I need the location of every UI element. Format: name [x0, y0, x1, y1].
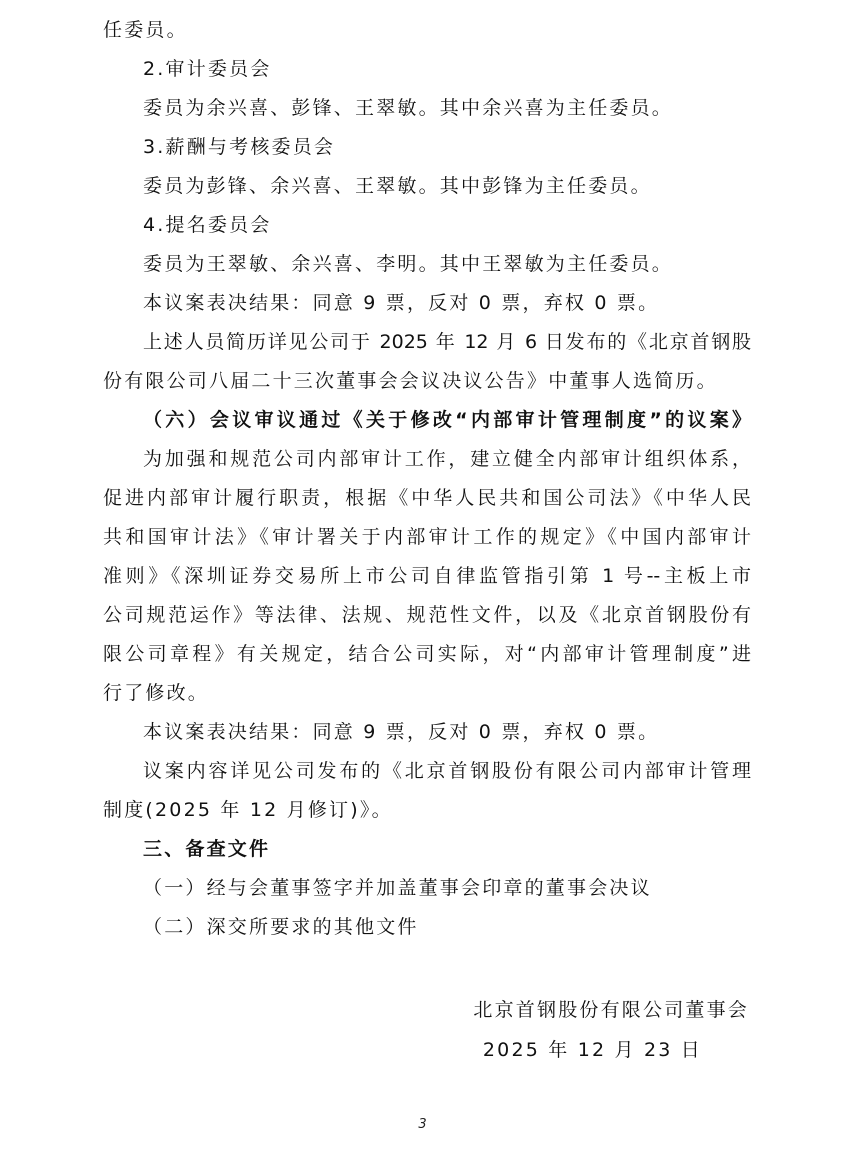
- page-number: 3: [0, 1117, 845, 1132]
- text-line: 共和国审计法》《审计署关于内部审计工作的规定》《中国内部审计: [103, 518, 751, 557]
- text-line: 委员为王翠敏、余兴喜、李明。其中王翠敏为主任委员。: [103, 245, 751, 284]
- text-line: 促进内部审计履行职责，根据《中华人民共和国公司法》《中华人民: [103, 479, 751, 518]
- text-line: 委员为余兴喜、彭锋、王翠敏。其中余兴喜为主任委员。: [103, 89, 751, 128]
- section-heading: 三、备查文件: [103, 830, 751, 869]
- text-line: 为加强和规范公司内部审计工作，建立健全内部审计组织体系，: [103, 440, 751, 479]
- vote-result: 本议案表决结果：同意 9 票，反对 0 票，弃权 0 票。: [103, 713, 751, 752]
- signature-date: 2025 年 12 月 23 日: [483, 1035, 702, 1062]
- text-line: 议案内容详见公司发布的《北京首钢股份有限公司内部审计管理: [103, 752, 751, 791]
- signature-org: 北京首钢股份有限公司董事会: [473, 995, 749, 1022]
- section-heading: 3.薪酬与考核委员会: [103, 128, 751, 167]
- list-item: （一）经与会董事签字并加盖董事会印章的董事会决议: [103, 869, 751, 908]
- section-heading: 4.提名委员会: [103, 206, 751, 245]
- text-line: 委员为彭锋、余兴喜、王翠敏。其中彭锋为主任委员。: [103, 167, 751, 206]
- list-item: （二）深交所要求的其他文件: [103, 908, 751, 947]
- text-line: 行了修改。: [103, 674, 751, 713]
- text-line: 份有限公司八届二十三次董事会会议决议公告》中董事人选简历。: [103, 362, 751, 401]
- vote-result: 本议案表决结果：同意 9 票，反对 0 票，弃权 0 票。: [103, 284, 751, 323]
- text-line: 准则》《深圳证券交易所上市公司自律监管指引第 1 号--主板上市: [103, 557, 751, 596]
- text-line: 制度(2025 年 12 月修订)》。: [103, 791, 751, 830]
- resolution-heading: （六）会议审议通过《关于修改“内部审计管理制度”的议案》: [103, 401, 751, 440]
- document-body: 任委员。 2.审计委员会 委员为余兴喜、彭锋、王翠敏。其中余兴喜为主任委员。 3…: [103, 11, 751, 947]
- text-line: 任委员。: [103, 11, 751, 50]
- text-line: 限公司章程》有关规定，结合公司实际，对“内部审计管理制度”进: [103, 635, 751, 674]
- text-line: 公司规范运作》等法律、法规、规范性文件，以及《北京首钢股份有: [103, 596, 751, 635]
- text-line: 上述人员简历详见公司于 2025 年 12 月 6 日发布的《北京首钢股: [103, 323, 751, 362]
- section-heading: 2.审计委员会: [103, 50, 751, 89]
